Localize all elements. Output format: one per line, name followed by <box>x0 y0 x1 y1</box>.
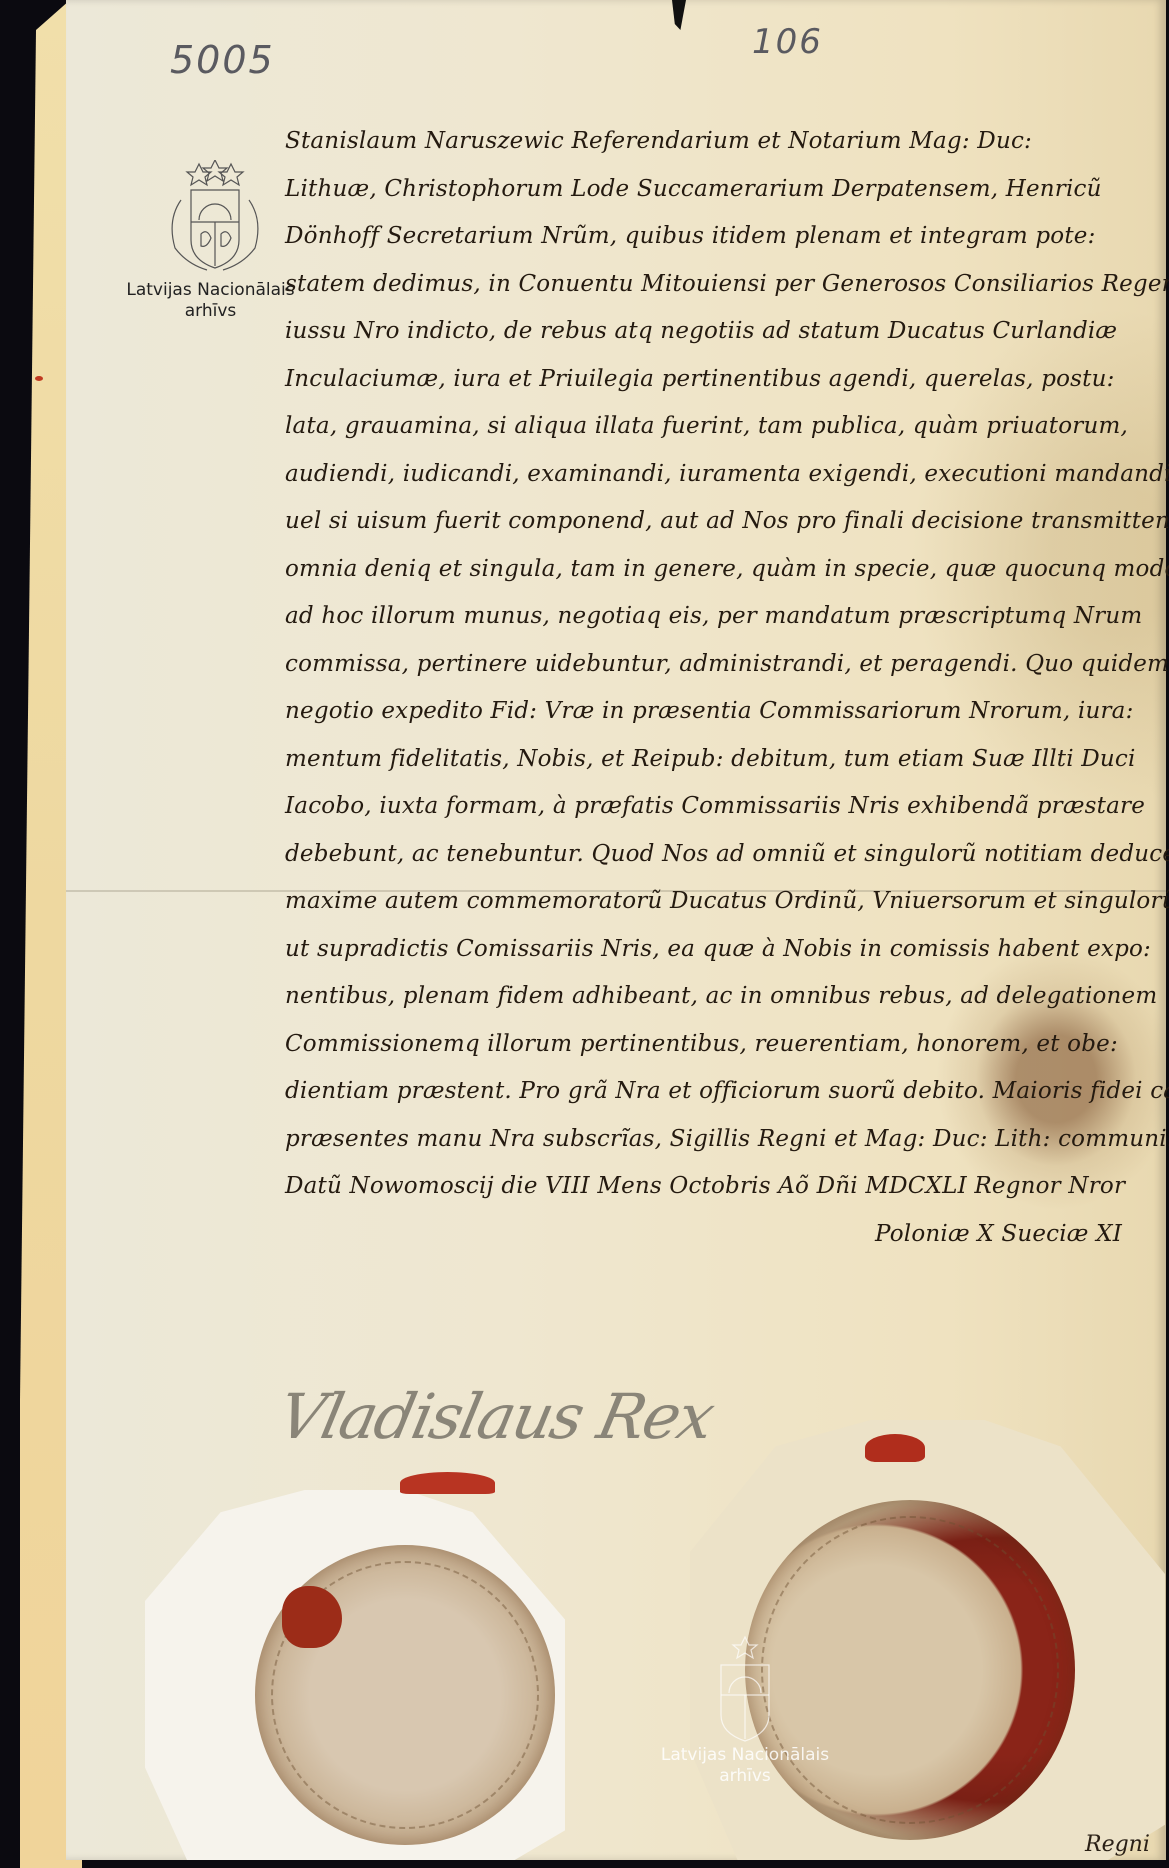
text-line: Commissionemq illorum pertinentibus, reu… <box>285 1021 1155 1069</box>
text-line: audiendi, iudicandi, examinandi, iuramen… <box>285 451 1155 499</box>
text-line: mentum fidelitatis, Nobis, et Reipub: de… <box>285 736 1155 784</box>
text-line: maxime autem commemoratorũ Ducatus Ordin… <box>285 878 1155 926</box>
latvian-coat-of-arms-icon <box>705 1635 785 1745</box>
red-mark <box>35 376 43 381</box>
text-line: debebunt, ac tenebuntur. Quod Nos ad omn… <box>285 831 1155 879</box>
royal-signature: Vladislaus Rex <box>272 1380 719 1453</box>
text-line: Stanislaum Naruszewic Referendarium et N… <box>285 118 1155 166</box>
text-line: præsentes manu Nra subscrĩas, Sigillis R… <box>285 1116 1155 1164</box>
archive-watermark-lower: Latvijas Nacionālais arhīvs <box>640 1635 850 1787</box>
pencil-annotation-archive-number: 5005 <box>170 38 275 82</box>
text-line: Poloniæ X Sueciæ XI <box>285 1211 1155 1259</box>
text-line: ad hoc illorum munus, negotiaq eis, per … <box>285 593 1155 641</box>
wax-drip-left <box>400 1472 495 1494</box>
text-line: nentibus, plenam fidem adhibeant, ac in … <box>285 973 1155 1021</box>
watermark-line-2: arhīvs <box>640 1766 850 1787</box>
text-line: Lithuæ, Christophorum Lode Succamerarium… <box>285 166 1155 214</box>
text-line: negotio expedito Fid: Vræ in præsentia C… <box>285 688 1155 736</box>
latvian-coat-of-arms-icon <box>151 160 271 280</box>
text-line: uel si uisum fuerit componend, aut ad No… <box>285 498 1155 546</box>
watermark-line-1: Latvijas Nacionālais <box>640 1745 850 1766</box>
text-line: Dönhoff Secretarium Nrũm, quibus itidem … <box>285 213 1155 261</box>
text-line: Datũ Nowomoscij die VIII Mens Octobris A… <box>285 1163 1155 1211</box>
manuscript-body: Stanislaum Naruszewic Referendarium et N… <box>285 118 1155 1258</box>
archive-watermark-upper: Latvijas Nacionālais arhīvs <box>118 160 303 322</box>
text-line: lata, grauamina, si aliqua illata fuerin… <box>285 403 1155 451</box>
text-line: iussu Nro indicto, de rebus atq negotiis… <box>285 308 1155 356</box>
text-line: Iacobo, iuxta formam, à præfatis Commiss… <box>285 783 1155 831</box>
text-line: Inculaciumæ, iura et Priuilegia pertinen… <box>285 356 1155 404</box>
text-line: commissa, pertinere uidebuntur, administ… <box>285 641 1155 689</box>
margin-note: Regni <box>1085 1832 1150 1857</box>
text-line: statem dedimus, in Conuentu Mitouiensi p… <box>285 261 1155 309</box>
text-line: dientiam præstent. Pro grã Nra et offici… <box>285 1068 1155 1116</box>
watermark-line-2: arhīvs <box>118 301 303 322</box>
pencil-annotation-folio-number: 106 <box>752 22 823 62</box>
wax-blob <box>282 1586 342 1648</box>
wax-drip-right <box>865 1434 925 1462</box>
text-line: ut supradictis Comissariis Nris, ea quæ … <box>285 926 1155 974</box>
text-line: omnia deniq et singula, tam in genere, q… <box>285 546 1155 594</box>
watermark-line-1: Latvijas Nacionālais <box>118 280 303 301</box>
